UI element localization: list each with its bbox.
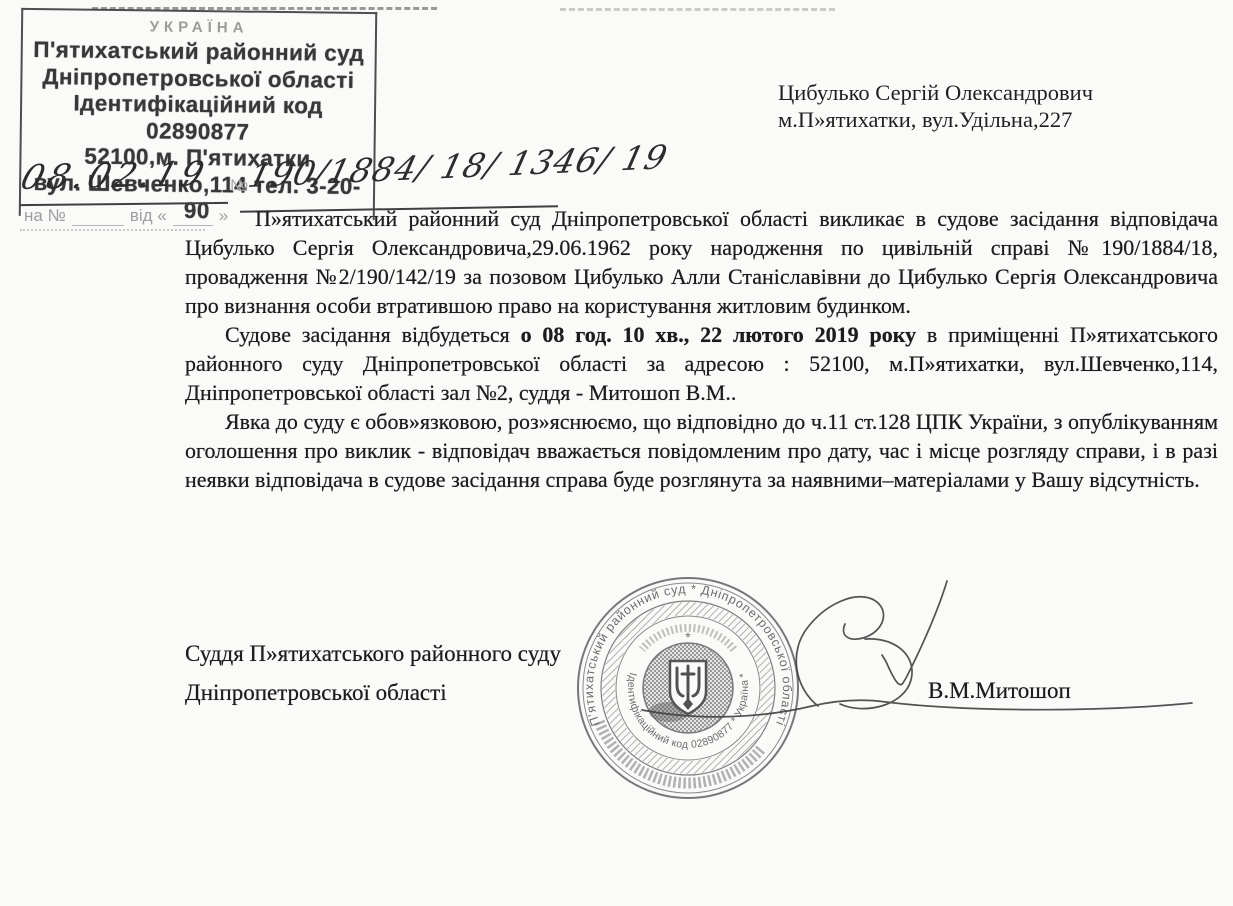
paragraph-obligation: Явка до суду є обов»язковою, роз»яснюємо… bbox=[185, 407, 1218, 494]
handwritten-date: 08.02.19 bbox=[16, 154, 213, 198]
signoff-line1: Суддя П»ятихатського районного суду bbox=[185, 634, 561, 673]
hearing-datetime: о 08 год. 10 хв., 22 лютого 2019 року bbox=[521, 322, 916, 347]
scan-artifact-line bbox=[560, 8, 835, 11]
signature-loop-bottom bbox=[840, 639, 912, 709]
reference-prefix: на № bbox=[24, 206, 66, 226]
signoff-line2: Дніпропетровської області bbox=[185, 673, 561, 712]
summons-body: П»ятихатський районний суд Дніпропетровс… bbox=[185, 204, 1218, 494]
signature-loop-top bbox=[796, 597, 883, 706]
reference-from-label: від « bbox=[130, 206, 167, 226]
addressee-block: Цибулько Сергій Олександрович м.П»ятихат… bbox=[778, 79, 1093, 133]
signoff-block: Суддя П»ятихатського районного суду Дніп… bbox=[185, 634, 561, 712]
judge-name: В.М.Митошоп bbox=[928, 678, 1071, 704]
letterhead-court-name: П'ятихатський районний суд bbox=[23, 37, 375, 68]
letterhead-id-code: Ідентифікаційний код 02890877 bbox=[22, 90, 375, 147]
letterhead-country: УКРАЇНА bbox=[23, 17, 375, 38]
reference-blank bbox=[72, 211, 124, 226]
addressee-address: м.П»ятихатки, вул.Удільна,227 bbox=[778, 106, 1093, 133]
court-seal: П'ятихатський районний суд * Дніпропетро… bbox=[571, 571, 805, 805]
hearing-text-pre: Судове засідання відбудеться bbox=[225, 322, 521, 347]
paragraph-summons: П»ятихатський районний суд Дніпропетровс… bbox=[185, 204, 1218, 320]
scanned-court-summons-page: УКРАЇНА П'ятихатський районний суд Дніпр… bbox=[0, 0, 1233, 906]
signature-slash bbox=[882, 581, 947, 685]
paragraph-hearing: Судове засідання відбудеться о 08 год. 1… bbox=[185, 320, 1218, 407]
addressee-name: Цибулько Сергій Олександрович bbox=[778, 79, 1093, 106]
scan-artifact-line bbox=[20, 229, 205, 231]
